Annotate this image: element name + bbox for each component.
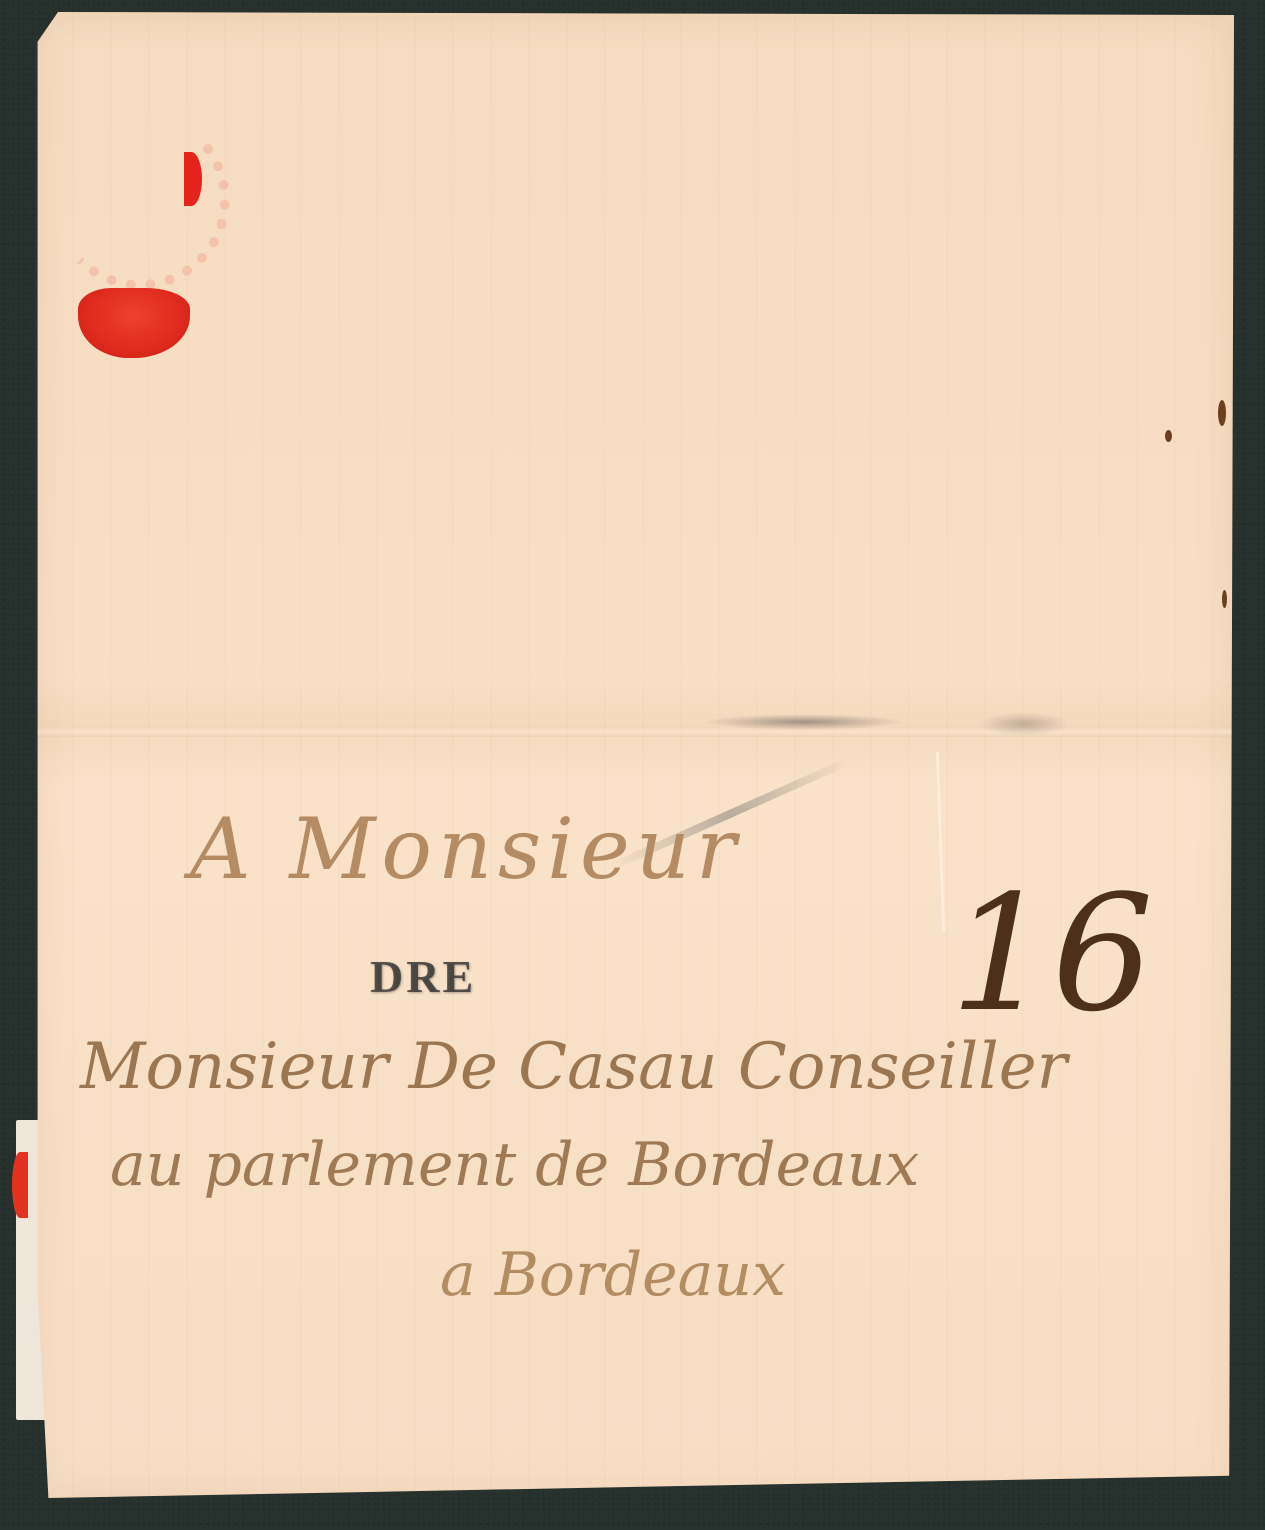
offset-handstamp xyxy=(704,714,904,730)
manuscript-rate: 16 xyxy=(950,860,1154,1047)
address-salutation: A Monsieur xyxy=(190,800,742,898)
ink-spot xyxy=(1222,590,1227,608)
address-office: au parlement de Bordeaux xyxy=(110,1130,919,1200)
crease xyxy=(936,752,945,932)
ink-spot xyxy=(1218,400,1226,426)
seal-residue xyxy=(50,110,230,290)
ink-spot xyxy=(1165,430,1172,442)
side-wax-seal xyxy=(12,1152,28,1218)
offset-handstamp-2 xyxy=(979,712,1069,736)
address-city: a Bordeaux xyxy=(440,1240,786,1310)
postal-handstamp: DRE xyxy=(370,950,476,1003)
address-name: Monsieur De Casau Conseiller xyxy=(80,1030,1067,1104)
